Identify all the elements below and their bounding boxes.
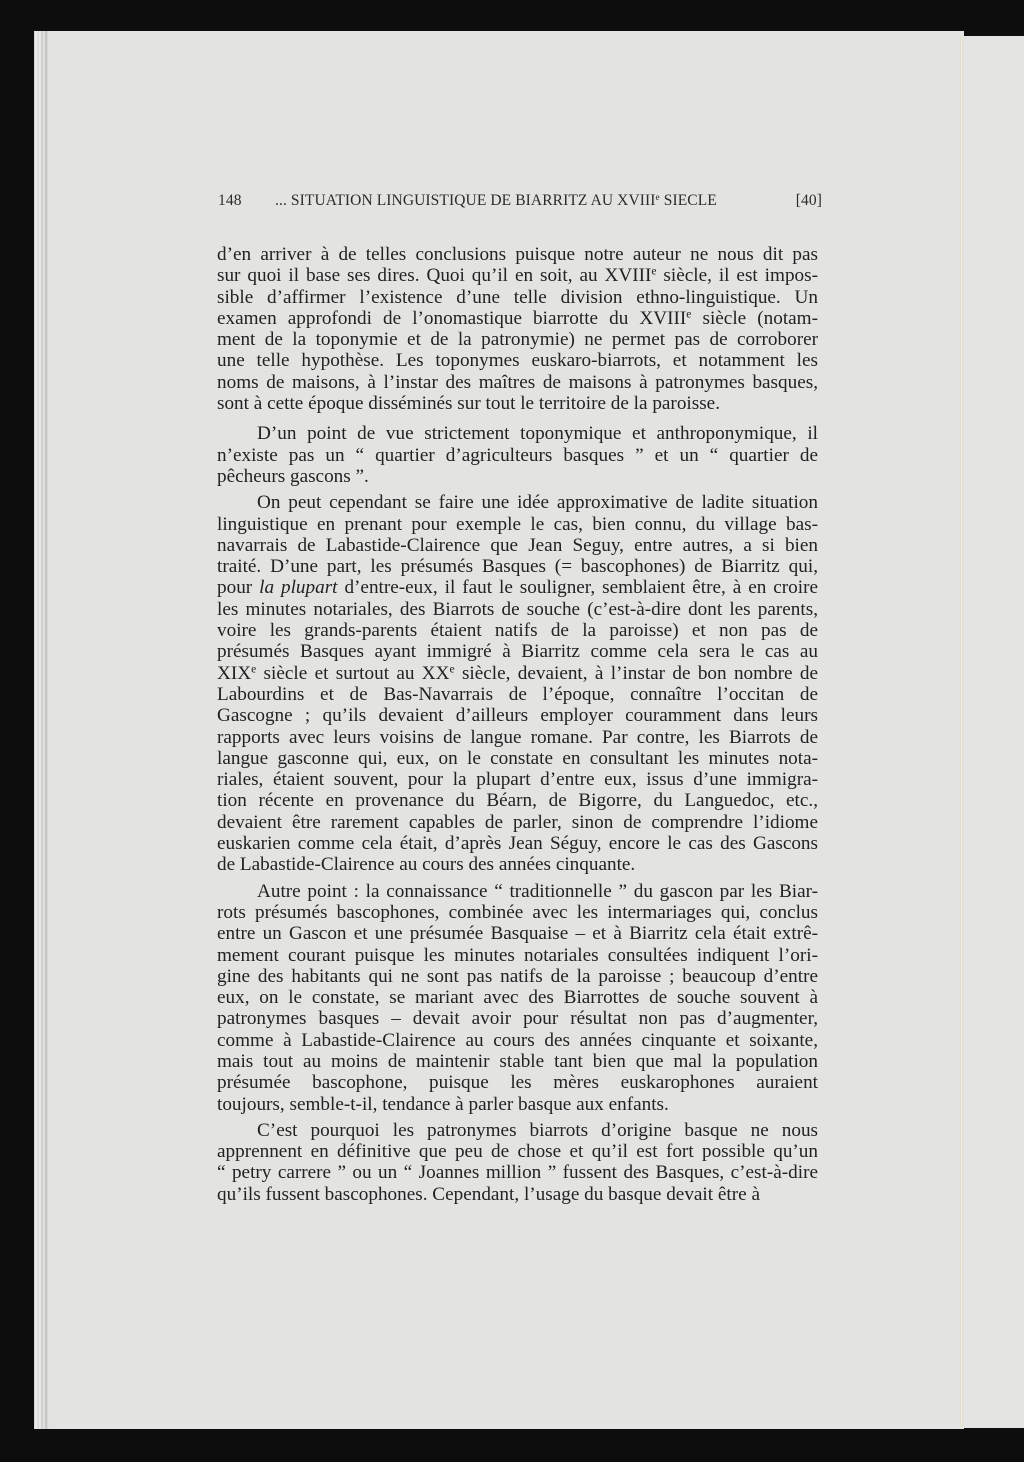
text-line: gine des habitants qui ne sont pas natif…	[217, 966, 818, 987]
facing-page-edge	[963, 36, 1024, 1428]
text-line: une telle hypothèse. Les toponymes euska…	[217, 350, 818, 371]
text-line: mais tout au moins de maintenir stable t…	[217, 1051, 818, 1072]
text-line: examen approfondi de l’onomastique biarr…	[217, 308, 818, 329]
text-line: entre un Gascon et une présumée Basquais…	[217, 923, 818, 944]
paragraph: Autre point : la connaissance “ traditio…	[217, 881, 818, 1115]
text-line: présumés Basques ayant immigré à Biarrit…	[217, 641, 818, 662]
text-line: langue gasconne qui, eux, on le constate…	[217, 748, 818, 769]
text-line: sur quoi il base ses dires. Quoi qu’il e…	[217, 265, 818, 286]
text-line: d’en arriver à de telles conclusions pui…	[217, 244, 818, 265]
text-line: Labourdins et de Bas-Navarrais de l’époq…	[217, 684, 818, 705]
text-line: comme à Labastide-Clairence au cours des…	[217, 1030, 818, 1051]
text-line: tion récente en provenance du Béarn, de …	[217, 790, 818, 811]
text-line: XIXe siècle et surtout au XXe siècle, de…	[217, 663, 818, 684]
text-line: pour la plupart d’entre-eux, il faut le …	[217, 577, 818, 598]
text-line: noms de maisons, à l’instar des maîtres …	[217, 372, 818, 393]
text-line: qu’ils fussent bascophones. Cependant, l…	[217, 1184, 818, 1205]
text-line: riales, étaient souvent, pour la plupart…	[217, 769, 818, 790]
text-line: voire les grands-parents étaient natifs …	[217, 620, 818, 641]
text-line: sible d’affirmer l’existence d’une telle…	[217, 287, 818, 308]
body-text: d’en arriver à de telles conclusions pui…	[217, 244, 818, 1205]
paragraph: On peut cependant se faire une idée appr…	[217, 492, 818, 875]
paragraph: C’est pourquoi les patronymes biarrots d…	[217, 1120, 818, 1205]
page-edges	[34, 31, 52, 1429]
text-line: de Labastide-Clairence au cours des anné…	[217, 854, 818, 875]
text-line: On peut cependant se faire une idée appr…	[217, 492, 818, 513]
text-line: apprennent en définitive que peu de chos…	[217, 1141, 818, 1162]
text-line: Autre point : la connaissance “ traditio…	[217, 881, 818, 902]
text-line: les minutes notariales, des Biarrots de …	[217, 599, 818, 620]
text-line: euskarien comme cela était, d’après Jean…	[217, 833, 818, 854]
text-line: D’un point de vue strictement toponymiqu…	[217, 423, 818, 444]
text-line: Gascogne ; qu’ils devaient d’ailleurs em…	[217, 705, 818, 726]
text-line: toujours, semble-t-il, tendance à parler…	[217, 1094, 818, 1115]
section-reference: [40]	[796, 192, 822, 210]
text-line: devaient être rarement capables de parle…	[217, 812, 818, 833]
text-line: navarrais de Labastide-Clairence que Jea…	[217, 535, 818, 556]
paragraph-gap	[217, 414, 818, 423]
text-line: présumée bascophone, puisque les mères e…	[217, 1072, 818, 1093]
text-line: “ petry carrere ” ou un “ Joannes millio…	[217, 1162, 818, 1183]
text-line: mement courant puisque les minutes notar…	[217, 945, 818, 966]
text-line: patronymes basques – devait avoir pour r…	[217, 1008, 818, 1029]
text-line: C’est pourquoi les patronymes biarrots d…	[217, 1120, 818, 1141]
running-title-suffix: SIECLE	[660, 192, 717, 209]
text-line: traité. D’une part, les présumés Basques…	[217, 556, 818, 577]
paragraph: D’un point de vue strictement toponymiqu…	[217, 423, 818, 487]
page-number: 148	[218, 192, 242, 210]
text-line: rots présumés bascophones, combinée avec…	[217, 902, 818, 923]
paragraph: d’en arriver à de telles conclusions pui…	[217, 244, 818, 414]
running-title-text: ... SITUATION LINGUISTIQUE DE BIARRITZ A…	[275, 192, 656, 209]
text-line: ment de la toponymie et de la patronymie…	[217, 329, 818, 350]
text-line: rapports avec leurs voisins de langue ro…	[217, 727, 818, 748]
text-line: eux, on le constate, se mariant avec des…	[217, 987, 818, 1008]
running-title: ... SITUATION LINGUISTIQUE DE BIARRITZ A…	[275, 192, 717, 210]
text-line: pêcheurs gascons ”.	[217, 466, 818, 487]
text-line: n’existe pas un “ quartier d’agriculteur…	[217, 445, 818, 466]
text-line: sont à cette époque disséminés sur tout …	[217, 393, 818, 414]
text-line: linguistique en prenant pour exemple le …	[217, 514, 818, 535]
